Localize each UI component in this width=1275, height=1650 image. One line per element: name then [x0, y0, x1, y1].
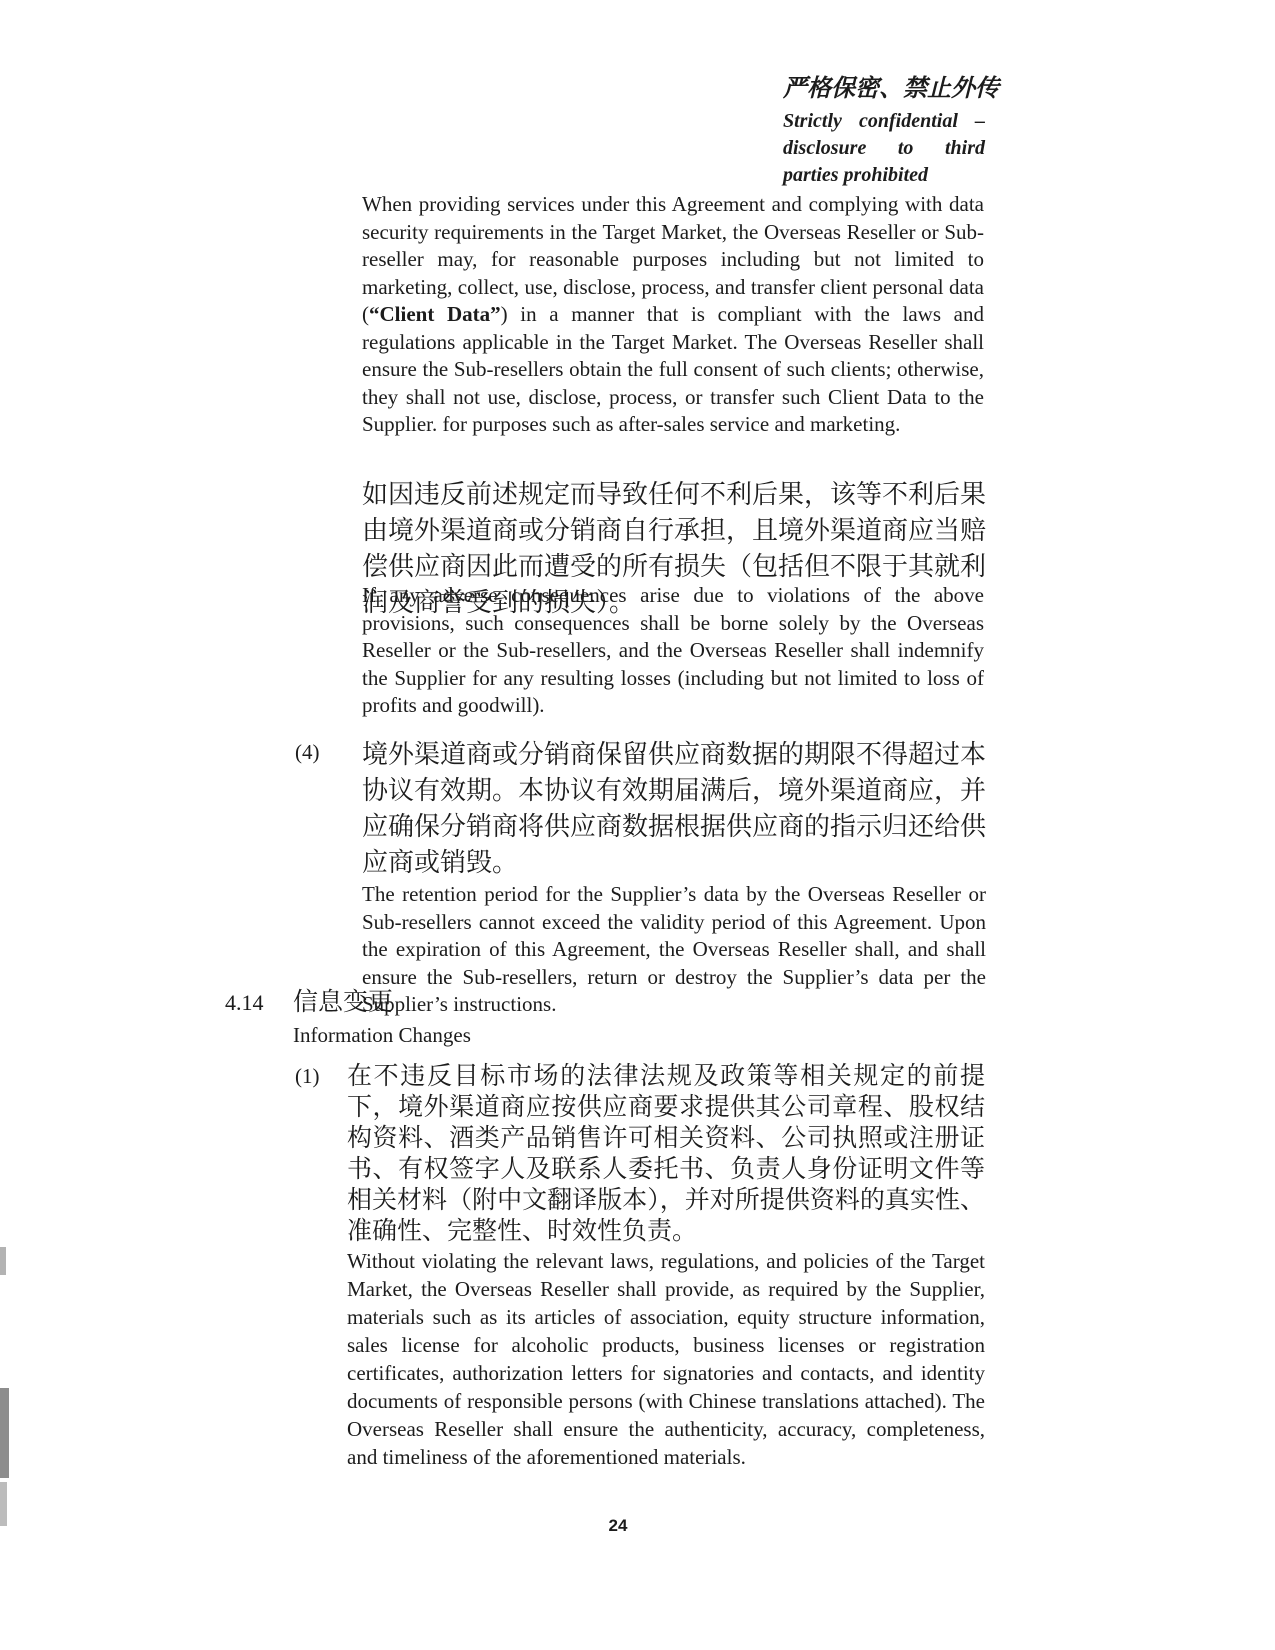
confidentiality-en-line3: parties prohibited: [783, 162, 985, 189]
client-data-defined-term: “Client Data”: [369, 302, 501, 326]
item-4-number: (4): [295, 737, 362, 768]
paragraph-breach-consequences-en: If any adverse consequences arise due to…: [362, 582, 984, 720]
item-1-en-text: Without violating the relevant laws, reg…: [347, 1247, 985, 1471]
paragraph-client-data: When providing services under this Agree…: [362, 191, 984, 439]
item-1: (1) 在不违反目标市场的法律法规及政策等相关规定的前提下，境外渠道商应按供应商…: [295, 1061, 985, 1471]
section-4-14-number: 4.14: [225, 986, 293, 1020]
section-4-14-title-cn: 信息变更: [293, 986, 985, 1020]
paragraph-client-data-text: When providing services under this Agree…: [362, 191, 984, 439]
document-page: 严格保密、禁止外传 Strictly confidential – disclo…: [0, 0, 1275, 1650]
scan-artifact-middle: [0, 1388, 9, 1478]
item-4-cn-text: 境外渠道商或分销商保留供应商数据的期限不得超过本协议有效期。本协议有效期届满后，…: [362, 737, 986, 881]
confidentiality-en-line1: Strictly confidential –: [783, 108, 985, 135]
confidentiality-en-line2: disclosure to third: [783, 135, 985, 162]
item-4: (4) 境外渠道商或分销商保留供应商数据的期限不得超过本协议有效期。本协议有效期…: [295, 737, 986, 1019]
item-1-number: (1): [295, 1061, 347, 1092]
confidentiality-header: 严格保密、禁止外传 Strictly confidential – disclo…: [783, 74, 985, 189]
scan-artifact-top: [0, 1247, 6, 1275]
item-4-content: 境外渠道商或分销商保留供应商数据的期限不得超过本协议有效期。本协议有效期届满后，…: [362, 737, 986, 1019]
confidentiality-notice-cn: 严格保密、禁止外传: [783, 74, 985, 104]
item-1-content: 在不违反目标市场的法律法规及政策等相关规定的前提下，境外渠道商应按供应商要求提供…: [347, 1061, 985, 1471]
confidentiality-notice-en: Strictly confidential – disclosure to th…: [783, 108, 985, 189]
section-4-14: 4.14 信息变更 Information Changes: [225, 986, 985, 1051]
section-4-14-title-en: Information Changes: [293, 1020, 985, 1051]
scan-artifact-bottom: [0, 1482, 7, 1526]
section-4-14-titles: 信息变更 Information Changes: [293, 986, 985, 1051]
page-number: 24: [588, 1516, 648, 1536]
item-1-cn-text: 在不违反目标市场的法律法规及政策等相关规定的前提下，境外渠道商应按供应商要求提供…: [347, 1061, 985, 1247]
breach-consequences-en-text: If any adverse consequences arise due to…: [362, 582, 984, 720]
